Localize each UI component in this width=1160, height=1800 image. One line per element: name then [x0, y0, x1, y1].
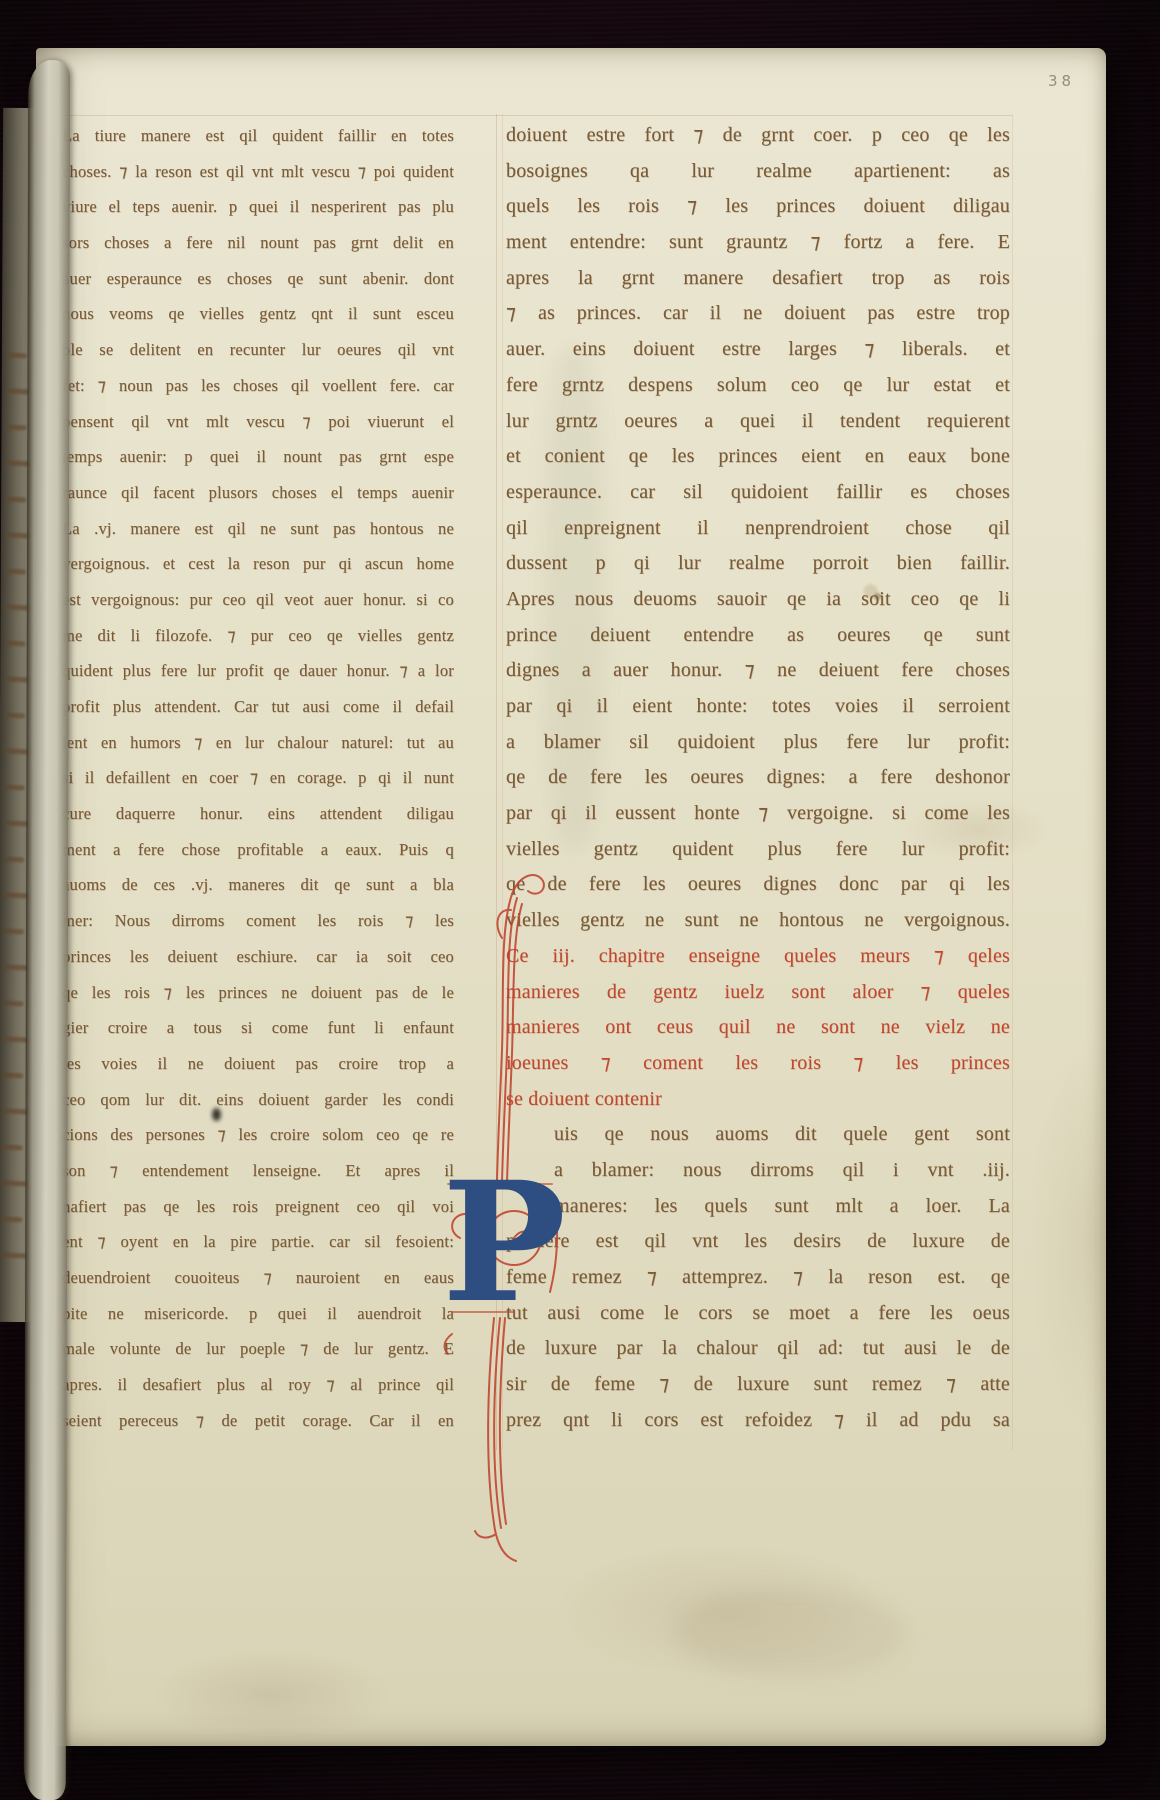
manuscript-text-line: mer: Nous dirroms coment les rois ⁊ les [62, 903, 454, 939]
manuscript-text-line: me dit li filozofe. ⁊ pur ceo qe vielles… [62, 618, 454, 654]
manuscript-text-line: primere est qil vnt les desirs de luxure… [506, 1224, 1010, 1260]
manuscript-text-line: deuendroient couoiteus ⁊ nauroient en ea… [62, 1260, 454, 1296]
folio-number: 38 [1048, 72, 1075, 90]
manuscript-text-line: qil enpreignent il nenprendroient chose … [506, 511, 1010, 547]
manuscript-text-line: si il defaillent en coer ⁊ en corage. p … [62, 760, 454, 796]
text-column-left: La tiure manere est qil quident faillir … [62, 118, 454, 1438]
illegible-text-fragment [6, 496, 26, 502]
manuscript-text-line: choses. ⁊ la reson est qil vnt mlt vescu… [62, 154, 454, 190]
illegible-text-fragment [2, 1216, 22, 1222]
rubric-text-line: Ce iij. chapitre enseigne queles meurs ⁊… [506, 939, 1010, 975]
manuscript-photo: 38 La tiure manere est qil quident faill… [0, 0, 1160, 1800]
illegible-text-fragment [3, 1000, 23, 1006]
manuscript-text-line: male volunte de lur poeple ⁊ de lur gent… [62, 1331, 454, 1367]
manuscript-text-line: auer. eins doiuent estre larges ⁊ libera… [506, 332, 1010, 368]
manuscript-text-line: ple se delitent en recunter lur oeures q… [62, 332, 454, 368]
adjacent-leaf-edge [24, 60, 71, 1800]
text-column-right: doiuent estre fort ⁊ de grnt coer. p ceo… [506, 118, 1010, 1438]
rubric-block: Ce iij. chapitre enseigne queles meurs ⁊… [506, 939, 1010, 1117]
manuscript-text-line: esperaunce. car sil quidoient faillir es… [506, 475, 1010, 511]
rubric-text-line: manieres ont ceus quil ne sont ne vielz … [506, 1010, 1010, 1046]
manuscript-text-line: prince deiuent entendre as oeures qe sun… [506, 618, 1010, 654]
manuscript-text-line: ⁊ as princes. car il ne doiuent pas estr… [506, 296, 1010, 332]
manuscript-page: 38 La tiure manere est qil quident faill… [36, 48, 1106, 1746]
manuscript-text-line: viure el teps auenir. p quei il nesperir… [62, 189, 454, 225]
manuscript-text-line: ceo qom lur dit. eins doiuent garder les… [62, 1082, 454, 1118]
manuscript-text-line: sors choses a fere nil nount pas grnt de… [62, 225, 454, 261]
ruling-line [1012, 114, 1013, 1450]
manuscript-text-line: Apres nous deuoms sauoir qe ia soit ceo … [506, 582, 1010, 618]
illegible-text-fragment [6, 568, 26, 574]
manuscript-text-line: fere grntz despens solum ceo qe lur esta… [506, 368, 1010, 404]
manuscript-text-line: apres. il desafiert plus al roy ⁊ al pri… [62, 1367, 454, 1403]
initial-letter-glyph: P [442, 1145, 566, 1339]
manuscript-text-line: profit plus attendent. Car tut ausi come… [62, 689, 454, 725]
manuscript-text-line: de luxure par la chalour qil ad: tut aus… [506, 1331, 1010, 1367]
manuscript-text-line: par qi il eussent honte ⁊ vergoigne. si … [506, 796, 1010, 832]
manuscript-text-line: seient pereceus ⁊ de petit corage. Car i… [62, 1403, 454, 1439]
manuscript-text-line: a blamer: nous dirroms qil i vnt .iij. [554, 1153, 1010, 1189]
illegible-text-fragment [7, 352, 27, 358]
manuscript-text-line: fet: ⁊ noun pas les choses qil voellent … [62, 368, 454, 404]
manuscript-text-line: lur grntz oeures a quei il tendent requi… [506, 404, 1010, 440]
manuscript-text-line: tes voies il ne doiuent pas croire trop … [62, 1046, 454, 1082]
manuscript-text-line: temps auenir: p quei il nount pas grnt e… [62, 439, 454, 475]
manuscript-text-line: sir de feme ⁊ de luxure sunt remez ⁊ att… [506, 1367, 1010, 1403]
manuscript-text-line: ent ⁊ oyent en la pire partie. car sil f… [62, 1224, 454, 1260]
manuscript-text-line: par qi il eient honte: totes voies il se… [506, 689, 1010, 725]
chapter-end-text: doiuent estre fort ⁊ de grnt coer. p ceo… [506, 118, 1010, 939]
rubric-text-line: manieres de gentz iuelz sont aloer ⁊ que… [506, 975, 1010, 1011]
manuscript-text-line: vielles gentz quident plus fere lur prof… [506, 832, 1010, 868]
illegible-text-fragment [5, 640, 25, 646]
manuscript-text-line: La .vj. manere est qil ne sunt pas honto… [62, 511, 454, 547]
illegible-text-fragment [5, 784, 25, 790]
illegible-text-fragment [6, 424, 26, 430]
manuscript-text-line: doiuent estre fort ⁊ de grnt coer. p ceo… [506, 118, 1010, 154]
manuscript-text-line: est vergoignous: pur ceo qil veot auer h… [62, 582, 454, 618]
illegible-text-fragment [3, 1072, 23, 1078]
manuscript-text-line: feme remez ⁊ attemprez. ⁊ la reson est. … [506, 1260, 1010, 1296]
manuscript-text-line: gier croire a tous si come funt li enfau… [62, 1010, 454, 1046]
manuscript-text-line: vielles gentz ne sunt ne hontous ne verg… [506, 903, 1010, 939]
manuscript-text-line: qe de fere les oeures dignes: a fere des… [506, 760, 1010, 796]
manuscript-text-line: uis qe nous auoms dit quele gent sont [554, 1117, 1010, 1153]
manuscript-text-line: pite ne misericorde. p quei il auendroit… [62, 1296, 454, 1332]
manuscript-text-line: nous veoms qe vielles gentz qnt il sunt … [62, 296, 454, 332]
manuscript-text-line: princes les deiuent eschiure. car ia soi… [62, 939, 454, 975]
manuscript-text-line: maneres: les quels sunt mlt a loer. La [554, 1189, 1010, 1225]
manuscript-text-line: quident plus fere lur profit qe dauer ho… [62, 653, 454, 689]
manuscript-text-line: qe les rois ⁊ les princes ne doiuent pas… [62, 975, 454, 1011]
manuscript-text-line: La tiure manere est qil quident faillir … [62, 118, 454, 154]
manuscript-text-line: dignes a auer honur. ⁊ ne deiuent fere c… [506, 653, 1010, 689]
manuscript-text-line: nafiert pas qe les rois preignent ceo qi… [62, 1189, 454, 1225]
manuscript-text-line: et conient qe les princes eient en eaux … [506, 439, 1010, 475]
manuscript-text-line: lent en humors ⁊ en lur chalour naturel:… [62, 725, 454, 761]
manuscript-text-line: raunce qil facent plusors choses el temp… [62, 475, 454, 511]
manuscript-text-line: quels les rois ⁊ les princes doiuent dil… [506, 189, 1010, 225]
illegible-text-fragment [3, 1144, 23, 1150]
manuscript-text-line: ment a fere chose profitable a eaux. Pui… [62, 832, 454, 868]
manuscript-text-line: dussent p qi lur realme porroit bien fai… [506, 546, 1010, 582]
rubric-text-line: ioeunes ⁊ coment les rois ⁊ les princes [506, 1046, 1010, 1082]
manuscript-text-line: prez qnt li cors est refoidez ⁊ il ad pd… [506, 1403, 1010, 1439]
manuscript-text-line: vergoignous. et cest la reson pur qi asc… [62, 546, 454, 582]
manuscript-text-line: a blamer sil quidoient plus fere lur pro… [506, 725, 1010, 761]
manuscript-text-line: bosoignes qa lur realme apartienent: as [506, 154, 1010, 190]
manuscript-text-line: cure daquerre honur. eins attendent dili… [62, 796, 454, 832]
manuscript-text-line: apres la grnt manere desafiert trop as r… [506, 261, 1010, 297]
illegible-text-fragment [5, 712, 25, 718]
manuscript-text-line: auoms de ces .vj. maneres dit qe sunt a … [62, 867, 454, 903]
stain [676, 1588, 906, 1678]
manuscript-text-line: auer esperaunce es choses qe sunt abenir… [62, 261, 454, 297]
illegible-text-fragment [4, 928, 24, 934]
manuscript-text-line: ment entendre: sunt grauntz ⁊ fortz a fe… [506, 225, 1010, 261]
manuscript-text-line: qe de fere les oeures dignes donc par qi… [506, 867, 1010, 903]
new-chapter-text: uis qe nous auoms dit quele gent sonta b… [506, 1117, 1010, 1438]
rubric-text-line: se doiuent contenir [506, 1082, 1010, 1118]
illegible-text-fragment [4, 856, 24, 862]
ruling-line [56, 115, 1012, 116]
illuminated-initial-P: P [440, 848, 572, 1564]
manuscript-text-line: tut ausi come le cors se moet a fere les… [506, 1296, 1010, 1332]
manuscript-text-line: cions des persones ⁊ les croire solom ce… [62, 1117, 454, 1153]
manuscript-text-line: pensent qil vnt mlt vescu ⁊ poi viuerunt… [62, 404, 454, 440]
manuscript-text-line: son ⁊ entendement lenseigne. Et apres il [62, 1153, 454, 1189]
